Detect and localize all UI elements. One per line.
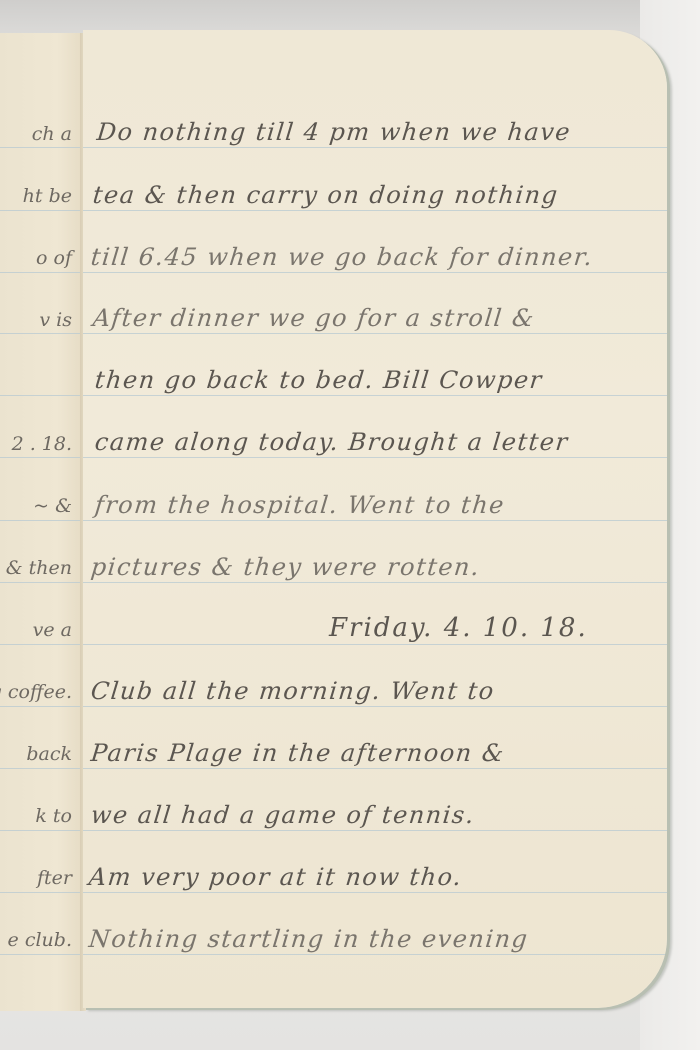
rule-line — [83, 457, 667, 458]
rule-line — [0, 768, 82, 769]
left-fragment: ht be — [23, 185, 72, 207]
rule-line — [0, 395, 82, 396]
left-fragment: g coffee. — [0, 681, 72, 703]
rule-line — [0, 892, 82, 893]
rule-line — [83, 333, 667, 334]
left-fragment: back — [26, 743, 72, 765]
rule-line — [0, 706, 82, 707]
left-fragment: k to — [35, 805, 72, 827]
rule-line — [83, 706, 667, 707]
rule-line — [83, 644, 667, 645]
diary-line: After dinner we go for a stroll & — [92, 304, 537, 332]
left-fragment: ~ & — [33, 495, 72, 517]
rule-line — [83, 272, 667, 273]
rule-line — [83, 954, 667, 955]
rule-line — [83, 830, 667, 831]
left-fragment: o of — [36, 247, 72, 269]
rule-line — [0, 272, 82, 273]
diary-line: from the hospital. Went to the — [94, 491, 507, 519]
rule-line — [83, 582, 667, 583]
date-heading: Friday. 4. 10. 18. — [329, 613, 588, 643]
left-fragment: ve a — [33, 619, 72, 641]
diary-line: then go back to bed. Bill Cowper — [94, 366, 545, 394]
rule-line — [83, 395, 667, 396]
rule-line — [0, 333, 82, 334]
diary-line: we all had a game of tennis. — [90, 801, 477, 829]
rule-line — [83, 147, 667, 148]
diary-line: pictures & they were rotten. — [90, 553, 482, 581]
rule-line — [0, 210, 82, 211]
diary-line: Club all the morning. Went to — [90, 677, 497, 705]
rule-line — [0, 457, 82, 458]
diary-line: tea & then carry on doing nothing — [92, 181, 560, 209]
left-fragment: 2 . 18. — [12, 433, 72, 455]
rule-line — [0, 520, 82, 521]
right-page: Do nothing till 4 pm when we have tea & … — [83, 30, 667, 1008]
left-fragment: fter — [37, 867, 72, 889]
rule-line — [83, 768, 667, 769]
diary-line: till 6.45 when we go back for dinner. — [90, 243, 595, 271]
rule-line — [83, 892, 667, 893]
left-fragment: e club. — [8, 929, 72, 951]
rule-line — [0, 582, 82, 583]
left-fragment: v is — [39, 309, 72, 331]
left-fragment: & then — [6, 557, 72, 579]
diary-line: Do nothing till 4 pm when we have — [96, 118, 573, 146]
diary-line: Paris Plage in the afternoon & — [90, 739, 507, 767]
rule-line — [83, 210, 667, 211]
left-page: ch a ht be o of v is 2 . 18. ~ & & then … — [0, 33, 83, 1011]
rule-line — [0, 147, 82, 148]
left-fragment: ch a — [32, 123, 72, 145]
rule-line — [0, 644, 82, 645]
diary-line: Nothing startling in the evening — [88, 925, 530, 953]
diary-line: Am very poor at it now tho. — [88, 863, 464, 891]
rule-line — [83, 520, 667, 521]
rule-line — [0, 830, 82, 831]
rule-line — [0, 954, 82, 955]
diary-line: came along today. Brought a letter — [94, 428, 570, 456]
